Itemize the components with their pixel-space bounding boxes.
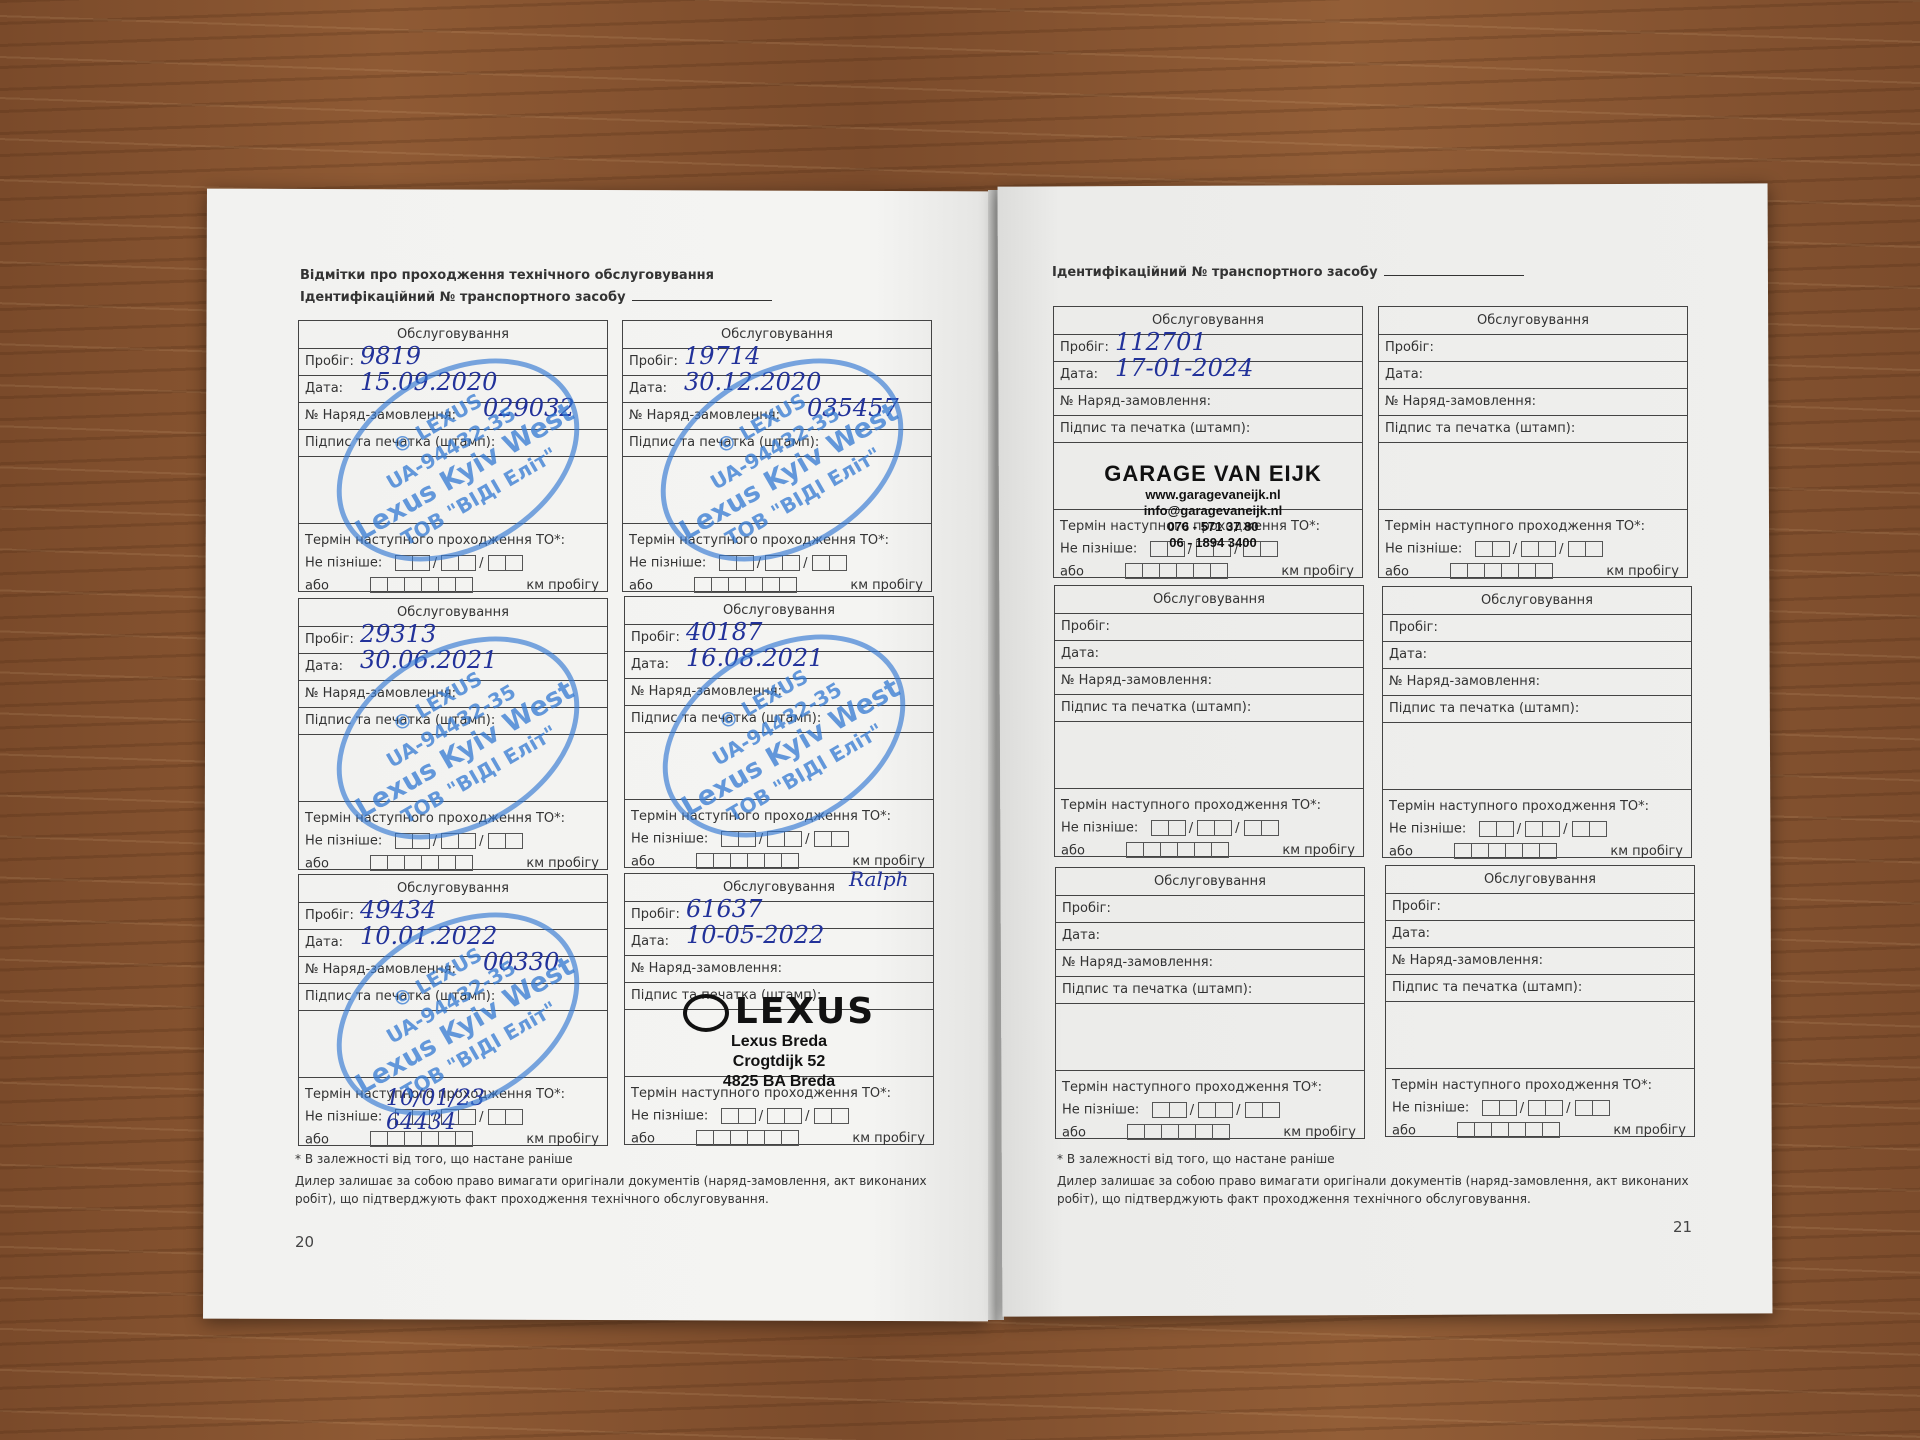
dealer-street: Crogtdijk 52	[639, 1052, 919, 1072]
digit-boxes[interactable]	[696, 1128, 798, 1150]
vin-label: Ідентифікаційний № транспортного засобу	[300, 290, 626, 305]
mileage-label: Пробіг:	[631, 630, 680, 645]
card-title: Обслуговування	[623, 321, 931, 349]
digit-boxes[interactable]	[696, 851, 798, 873]
signature-area[interactable]	[1056, 1004, 1364, 1071]
or-label: або	[305, 1132, 329, 1147]
signature-handwritten: Ralph	[849, 867, 909, 891]
or-label: або	[1389, 844, 1413, 859]
date-label: Дата:	[1389, 647, 1427, 662]
signature-area[interactable]	[1379, 443, 1687, 510]
not-later-label: Не пізніше:	[1389, 822, 1466, 837]
digit-boxes[interactable]	[1572, 818, 1606, 840]
signature-label: Підпис та печатка (штамп):	[1385, 421, 1575, 436]
digit-boxes[interactable]	[1482, 1097, 1516, 1119]
digit-boxes[interactable]	[721, 1105, 755, 1127]
next-service: Термін наступного проходження ТО*:Не піз…	[1386, 1069, 1694, 1142]
signature-area[interactable]	[1386, 1002, 1694, 1069]
next-service: Термін наступного проходження ТО*:Не піз…	[1056, 1071, 1364, 1144]
not-later-label: Не пізніше:	[305, 834, 382, 849]
signature-area[interactable]	[1055, 722, 1363, 789]
signature-row: Підпис та печатка (штамп):	[1056, 977, 1364, 1004]
or-label: або	[1061, 843, 1085, 858]
next-service-label: Термін наступного проходження ТО*:	[1062, 1077, 1358, 1099]
date-row[interactable]: Дата:	[1379, 362, 1687, 389]
brand-text: LEXUS	[735, 991, 875, 1032]
mileage-handwritten: 49434	[360, 896, 436, 924]
signature-label: Підпис та печатка (штамп):	[1392, 980, 1582, 995]
date-row[interactable]: Дата:	[1383, 642, 1691, 669]
not-later-label: Не пізніше:	[1392, 1101, 1469, 1116]
digit-boxes[interactable]	[1198, 1099, 1232, 1121]
order-label: № Наряд-замовлення:	[1062, 955, 1213, 970]
service-card: ОбслуговуванняПробіг:Дата:№ Наряд-замовл…	[1054, 585, 1364, 857]
next-service-label: Термін наступного проходження ТО*:	[1392, 1075, 1688, 1097]
or-label: або	[305, 856, 329, 871]
not-later-label: Не пізніше:	[1062, 1103, 1139, 1118]
digit-boxes[interactable]	[1450, 561, 1552, 583]
mileage-label: Пробіг:	[1385, 340, 1434, 355]
km-label: км пробігу	[850, 575, 923, 597]
not-later-label: Не пізніше:	[629, 556, 706, 571]
right-page-number: 21	[1673, 1218, 1692, 1236]
vin-label: Ідентифікаційний № транспортного засобу	[1052, 265, 1378, 280]
next-service-label: Термін наступного проходження ТО*:	[1389, 796, 1685, 818]
dealer-phone: 06 - 1894 3400	[1073, 535, 1353, 551]
mileage-row[interactable]: Пробіг:	[1056, 896, 1364, 923]
card-title: Обслуговування	[1056, 868, 1364, 896]
date-label: Дата:	[1392, 926, 1430, 941]
km-label: км пробігу	[1281, 561, 1354, 583]
or-label: або	[631, 1131, 655, 1146]
next-service-label: Термін наступного проходження ТО*:	[1061, 795, 1357, 817]
digit-boxes[interactable]	[812, 552, 846, 574]
digit-boxes[interactable]	[370, 853, 472, 875]
card-title: Обслуговування	[625, 597, 933, 625]
km-label: км пробігу	[1613, 1120, 1686, 1142]
or-label: або	[629, 578, 653, 593]
mileage-label: Пробіг:	[305, 354, 354, 369]
dealer-city: 4825 BA Breda	[639, 1072, 919, 1092]
digit-boxes[interactable]	[488, 830, 522, 852]
signature-row: Підпис та печатка (штамп):	[1055, 695, 1363, 722]
card-title: Обслуговування	[299, 321, 607, 349]
not-later-label: Не пізніше:	[1061, 821, 1138, 836]
digit-boxes[interactable]	[814, 1105, 848, 1127]
card-title: Обслуговування	[1054, 307, 1362, 335]
mileage-handwritten: 112701	[1115, 328, 1207, 356]
or-label: або	[1062, 1125, 1086, 1140]
order-label: № Наряд-замовлення:	[1392, 953, 1543, 968]
km-label: км пробігу	[1283, 1122, 1356, 1144]
km-label: км пробігу	[1610, 841, 1683, 863]
mileage-handwritten: 40187	[686, 618, 762, 646]
date-label: Дата:	[1061, 646, 1099, 661]
dealer-print-stamp: GARAGE VAN EIJKwww.garagevaneijk.nlinfo@…	[1073, 461, 1353, 551]
dealer-name: Lexus Breda	[639, 1032, 919, 1052]
signature-row: Підпис та печатка (штамп):	[1054, 416, 1362, 443]
mileage-label: Пробіг:	[631, 907, 680, 922]
card-title: Обслуговування	[299, 599, 607, 627]
km-label: км пробігу	[852, 1128, 925, 1150]
or-label: або	[1060, 564, 1084, 579]
next-service: Термін наступного проходження ТО*:Не піз…	[1379, 510, 1687, 583]
date-row[interactable]: Дата:	[1056, 923, 1364, 950]
date-row[interactable]: Дата:	[1386, 921, 1694, 948]
mileage-row[interactable]: Пробіг:	[1386, 894, 1694, 921]
dealer-print-stamp: LEXUSLexus BredaCrogtdijk 524825 BA Bred…	[639, 991, 919, 1092]
card-title: Обслуговування	[1383, 587, 1691, 615]
not-later-label: Не пізніше:	[305, 1110, 382, 1125]
dealer-email: info@garagevaneijk.nl	[1073, 503, 1353, 519]
vin-field	[632, 300, 772, 301]
next-service: Термін наступного проходження ТО*:Не піз…	[1055, 789, 1363, 862]
date-label: Дата:	[305, 659, 343, 674]
date-label: Дата:	[631, 934, 669, 949]
mileage-row[interactable]: Пробіг:	[1379, 335, 1687, 362]
signature-row: Підпис та печатка (штамп):	[1386, 975, 1694, 1002]
dealer-web: www.garagevaneijk.nl	[1073, 487, 1353, 503]
mileage-label: Пробіг:	[1061, 619, 1110, 634]
order-row[interactable]: № Наряд-замовлення:	[1386, 948, 1694, 975]
date-label: Дата:	[631, 657, 669, 672]
order-row[interactable]: № Наряд-замовлення:	[1383, 669, 1691, 696]
digit-boxes[interactable]	[1528, 1097, 1562, 1119]
digit-boxes[interactable]	[1568, 538, 1602, 560]
digit-boxes[interactable]	[1525, 818, 1559, 840]
digit-boxes[interactable]	[1454, 841, 1556, 863]
digit-boxes[interactable]	[767, 1105, 801, 1127]
not-later-label: Не пізніше:	[631, 1109, 708, 1124]
digit-boxes[interactable]	[1245, 1099, 1279, 1121]
digit-boxes[interactable]	[814, 828, 848, 850]
order-label: № Наряд-замовлення:	[1061, 673, 1212, 688]
date-label: Дата:	[1062, 928, 1100, 943]
not-later-label: Не пізніше:	[1385, 542, 1462, 557]
dealer-name: GARAGE VAN EIJK	[1073, 461, 1353, 487]
signature-row: Підпис та печатка (штамп):	[1379, 416, 1687, 443]
not-later-label: Не пізніше:	[631, 832, 708, 847]
order-row[interactable]: № Наряд-замовлення:	[1055, 668, 1363, 695]
next-service-label: Термін наступного проходження ТО*:	[1385, 516, 1681, 538]
mileage-row[interactable]: Пробіг:	[1055, 614, 1363, 641]
mileage-row[interactable]: Пробіг:	[1383, 615, 1691, 642]
date-handwritten: 10-05-2022	[686, 921, 824, 949]
or-label: або	[1385, 564, 1409, 579]
order-label: № Наряд-замовлення:	[1389, 674, 1540, 689]
left-heading-title: Відмітки про проходження технічного обсл…	[300, 268, 714, 283]
digit-boxes[interactable]	[1126, 840, 1228, 862]
km-label: км пробігу	[1606, 561, 1679, 583]
date-label: Дата:	[305, 935, 343, 950]
date-label: Дата:	[1060, 367, 1098, 382]
order-row[interactable]: № Наряд-замовлення:	[1054, 389, 1362, 416]
digit-boxes[interactable]	[1479, 818, 1513, 840]
or-label: або	[305, 578, 329, 593]
card-title: Обслуговування	[299, 875, 607, 903]
mileage-label: Пробіг:	[1392, 899, 1441, 914]
date-row[interactable]: Дата:	[1055, 641, 1363, 668]
digit-boxes[interactable]	[694, 575, 796, 597]
date-handwritten: 17-01-2024	[1115, 354, 1253, 382]
signature-label: Підпис та печатка (штамп):	[1061, 700, 1251, 715]
vin-field	[1384, 275, 1524, 276]
right-footnote: * В залежності від того, що настане рані…	[1057, 1150, 1335, 1168]
mileage-label: Пробіг:	[1389, 620, 1438, 635]
signature-label: Підпис та печатка (штамп):	[1060, 421, 1250, 436]
digit-boxes[interactable]	[1475, 538, 1509, 560]
signature-area[interactable]	[1383, 723, 1691, 790]
left-footnote: * В залежності від того, що настане рані…	[295, 1150, 573, 1168]
signature-label: Підпис та печатка (штамп):	[1389, 701, 1579, 716]
digit-boxes[interactable]	[1127, 1122, 1229, 1144]
date-label: Дата:	[629, 381, 667, 396]
km-label: км пробігу	[1282, 840, 1355, 862]
mileage-label: Пробіг:	[305, 908, 354, 923]
order-row[interactable]: № Наряд-замовлення:	[1056, 950, 1364, 977]
mileage-label: Пробіг:	[305, 632, 354, 647]
order-label: № Наряд-замовлення:	[631, 961, 782, 976]
digit-boxes[interactable]	[488, 552, 522, 574]
card-title: Обслуговування	[1386, 866, 1694, 894]
mileage-handwritten: 61637	[686, 895, 762, 923]
dealer-phone: 076 - 571 37 80	[1073, 519, 1353, 535]
digit-boxes[interactable]	[370, 575, 472, 597]
order-row[interactable]: № Наряд-замовлення:	[625, 956, 933, 983]
km-label: км пробігу	[526, 853, 599, 875]
mileage-handwritten: 9819	[360, 342, 421, 370]
order-row[interactable]: № Наряд-замовлення:	[1379, 389, 1687, 416]
lexus-logo: LEXUS	[639, 991, 919, 1032]
digit-boxes[interactable]	[488, 1106, 522, 1128]
card-title: Обслуговування	[1055, 586, 1363, 614]
left-heading-vin: Ідентифікаційний № транспортного засобу	[300, 290, 772, 305]
left-disclaimer: Дилер залишає за собою право вимагати ор…	[295, 1172, 935, 1208]
digit-boxes[interactable]	[1244, 817, 1278, 839]
signature-label: Підпис та печатка (штамп):	[1062, 982, 1252, 997]
service-card: ОбслуговуванняПробіг:Дата:№ Наряд-замовл…	[1055, 867, 1365, 1139]
mileage-label: Пробіг:	[629, 354, 678, 369]
order-label: № Наряд-замовлення:	[1385, 394, 1536, 409]
digit-boxes[interactable]	[1197, 817, 1231, 839]
mileage-handwritten: 19714	[684, 342, 760, 370]
order-label: № Наряд-замовлення:	[1060, 394, 1211, 409]
right-heading-vin: Ідентифікаційний № транспортного засобу	[1052, 265, 1524, 280]
digit-boxes[interactable]	[1457, 1120, 1559, 1142]
signature-row: Підпис та печатка (штамп):	[1383, 696, 1691, 723]
service-card: ОбслуговуванняПробіг:Дата:№ Наряд-замовл…	[1382, 586, 1692, 858]
digit-boxes[interactable]	[1152, 1099, 1186, 1121]
mileage-label: Пробіг:	[1060, 340, 1109, 355]
left-page-number: 20	[295, 1233, 314, 1251]
service-card: ОбслуговуванняПробіг:Дата:№ Наряд-замовл…	[1385, 865, 1695, 1137]
mileage-label: Пробіг:	[1062, 901, 1111, 916]
digit-boxes[interactable]	[1125, 561, 1227, 583]
or-label: або	[1392, 1123, 1416, 1138]
service-card: ОбслуговуванняПробіг:Дата:№ Наряд-замовл…	[1378, 306, 1688, 578]
not-later-label: Не пізніше:	[305, 556, 382, 571]
date-label: Дата:	[1385, 367, 1423, 382]
card-title: Обслуговування	[1379, 307, 1687, 335]
digit-boxes[interactable]	[1151, 817, 1185, 839]
date-label: Дата:	[305, 381, 343, 396]
km-label: км пробігу	[526, 1129, 599, 1151]
right-disclaimer: Дилер залишає за собою право вимагати ор…	[1057, 1172, 1697, 1208]
digit-boxes[interactable]	[1521, 538, 1555, 560]
next-service: Термін наступного проходження ТО*:Не піз…	[1383, 790, 1691, 863]
or-label: або	[631, 854, 655, 869]
digit-boxes[interactable]	[1575, 1097, 1609, 1119]
mileage-handwritten: 29313	[360, 620, 436, 648]
km-label: км пробігу	[526, 575, 599, 597]
